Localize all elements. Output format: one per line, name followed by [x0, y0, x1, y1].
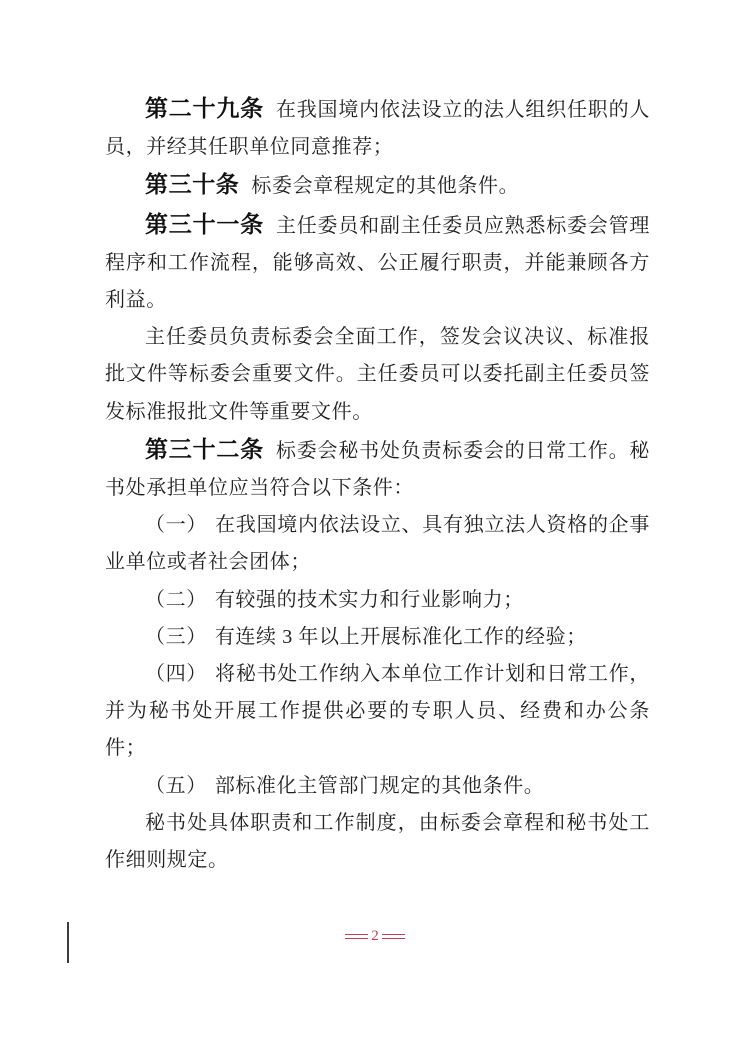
document-page: 第二十九条在我国境内依法设立的法人组织任职的人员，并经其任职单位同意推荐；第三十…: [0, 0, 750, 1060]
document-body: 第二十九条在我国境内依法设立的法人组织任职的人员，并经其任职单位同意推荐；第三十…: [105, 90, 650, 879]
item-marker: （四）: [145, 663, 207, 685]
page-number: 2: [368, 928, 382, 944]
page-number-rule-left: [345, 934, 368, 939]
article-paragraph: 第三十二条标委会秘书处负责标委会的日常工作。秘书处承担单位应当符合以下条件：: [105, 431, 650, 507]
article-number: 第三十一条: [145, 211, 264, 237]
page-footer: 2: [0, 928, 750, 944]
list-item-paragraph: （四）将秘书处工作纳入本单位工作计划和日常工作，并为秘书处开展工作提供必要的专职…: [105, 656, 650, 768]
page-number-rule-right: [382, 934, 405, 939]
article-paragraph: 第二十九条在我国境内依法设立的法人组织任职的人员，并经其任职单位同意推荐；: [105, 90, 650, 166]
item-marker: （二）: [145, 589, 207, 611]
list-item-paragraph: （二）有较强的技术实力和行业影响力；: [105, 582, 650, 619]
article-number: 第三十条: [145, 171, 239, 197]
item-marker: （五）: [145, 775, 207, 797]
article-number: 第三十二条: [145, 436, 264, 462]
list-item-paragraph: （三）有连续 3 年以上开展标准化工作的经验；: [105, 619, 650, 656]
list-item-paragraph: （一）在我国境内依法设立、具有独立法人资格的企事业单位或者社会团体；: [105, 507, 650, 581]
article-paragraph: 第三十条标委会章程规定的其他条件。: [105, 166, 650, 205]
body-paragraph: 主任委员负责标委会全面工作，签发会议决议、标准报批文件等标委会重要文件。主任委员…: [105, 319, 650, 431]
body-paragraph: 秘书处具体职责和工作制度，由标委会章程和秘书处工作细则规定。: [105, 805, 650, 879]
list-item-paragraph: （五）部标准化主管部门规定的其他条件。: [105, 768, 650, 805]
article-number: 第二十九条: [145, 95, 264, 121]
binding-mark: [67, 922, 69, 963]
item-marker: （三）: [145, 626, 207, 648]
article-paragraph: 第三十一条主任委员和副主任委员应熟悉标委会管理程序和工作流程，能够高效、公正履行…: [105, 206, 650, 320]
item-marker: （一）: [145, 514, 207, 536]
